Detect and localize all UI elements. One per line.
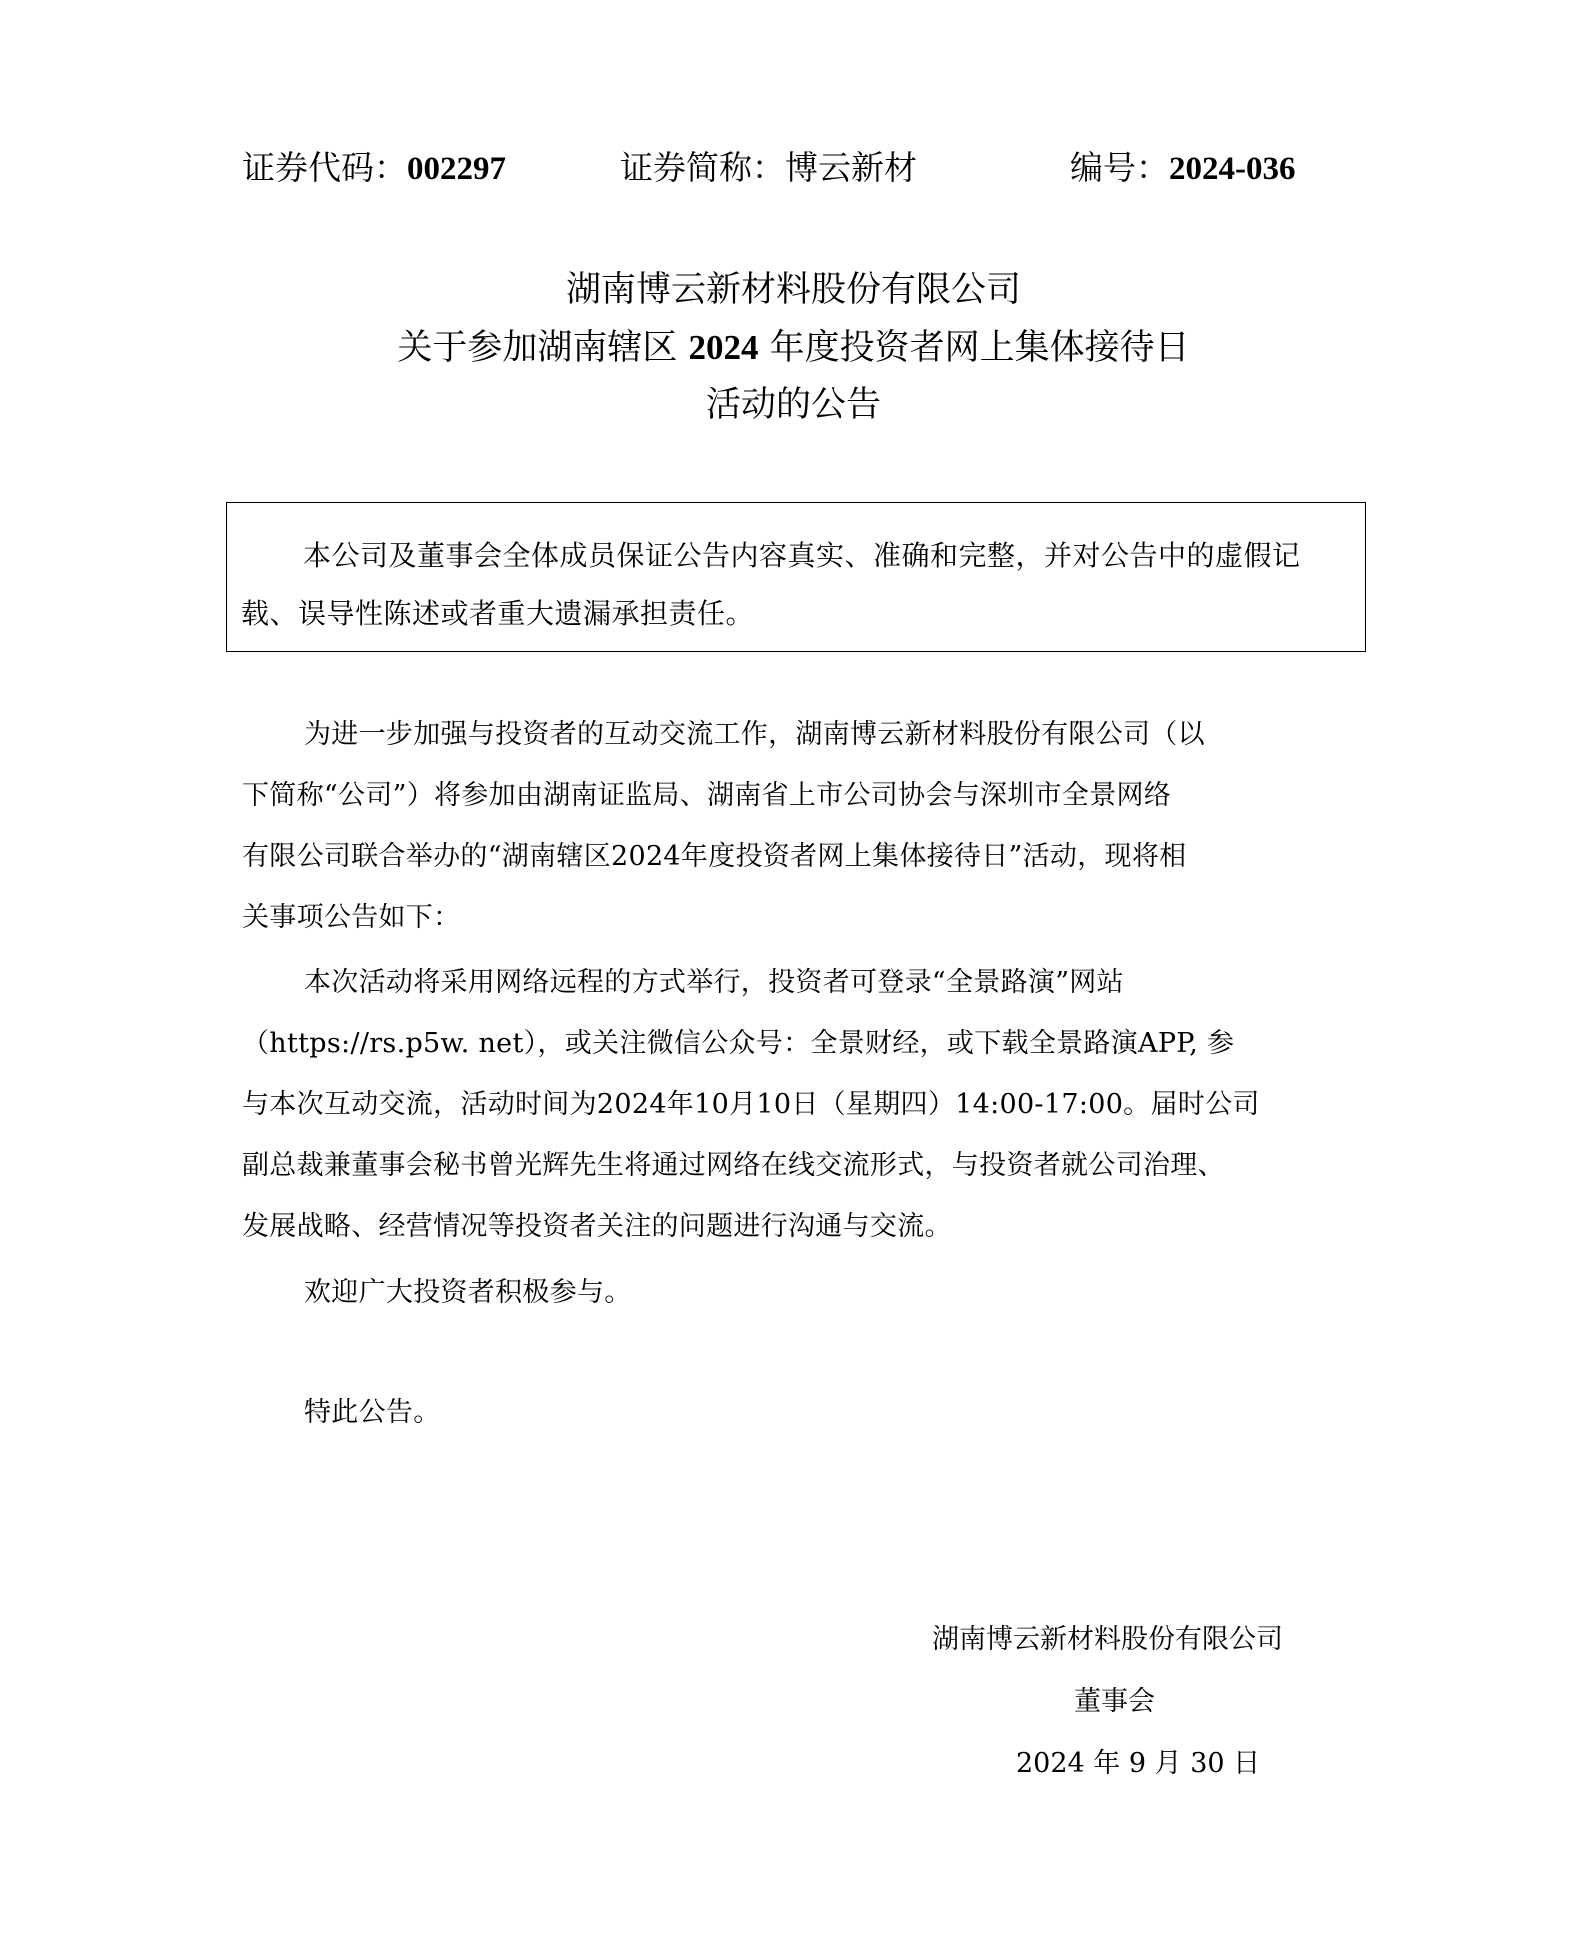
- body-paragraph-intro: 为进一步加强与投资者的互动交流工作，湖南博云新材料股份有限公司（以 下简称“公司…: [242, 704, 1382, 948]
- body-paragraph-event-details: 本次活动将采用网络远程的方式举行，投资者可登录“全景路演”网站 （https:/…: [242, 952, 1382, 1257]
- stock-abbr-label: 证券简称：: [620, 148, 785, 187]
- stock-code-label: 证券代码：: [242, 148, 407, 187]
- stock-abbr-value: 博云新材: [785, 148, 917, 187]
- announcement-number-field: 编号：2024-036: [1070, 146, 1296, 191]
- signoff-date: 2024 年 9 月 30 日: [1016, 1744, 1260, 1784]
- document-title: 湖南博云新材料股份有限公司 关于参加湖南辖区 2024 年度投资者网上集体接待日…: [0, 262, 1587, 434]
- stock-code-field: 证券代码：002297: [242, 146, 506, 191]
- body-paragraph-welcome: 欢迎广大投资者积极参与。: [242, 1262, 1382, 1323]
- stock-abbr-field: 证券简称：博云新材: [620, 146, 917, 190]
- title-subject-continued: 活动的公告: [0, 377, 1587, 434]
- signoff-board: 董事会: [1074, 1682, 1155, 1722]
- title-company: 湖南博云新材料股份有限公司: [0, 262, 1587, 319]
- announcement-number-value: 2024-036: [1169, 151, 1296, 187]
- announcement-number-label: 编号：: [1070, 148, 1169, 187]
- signoff-company: 湖南博云新材料股份有限公司: [932, 1620, 1283, 1660]
- website-link-line: （https://rs.p5w. net），或关注微信公众号：全景财经，或下载全…: [242, 1013, 1382, 1074]
- title-subject: 关于参加湖南辖区 2024 年度投资者网上集体接待日: [0, 319, 1587, 377]
- stock-code-value: 002297: [407, 151, 506, 187]
- disclaimer-box: 本公司及董事会全体成员保证公告内容真实、准确和完整，并对公告中的虚假记载、误导性…: [226, 502, 1366, 652]
- disclaimer-text: 本公司及董事会全体成员保证公告内容真实、准确和完整，并对公告中的虚假记载、误导性…: [241, 527, 1353, 643]
- body-paragraph-closing: 特此公告。: [242, 1382, 1382, 1443]
- title-year: 2024: [689, 328, 759, 367]
